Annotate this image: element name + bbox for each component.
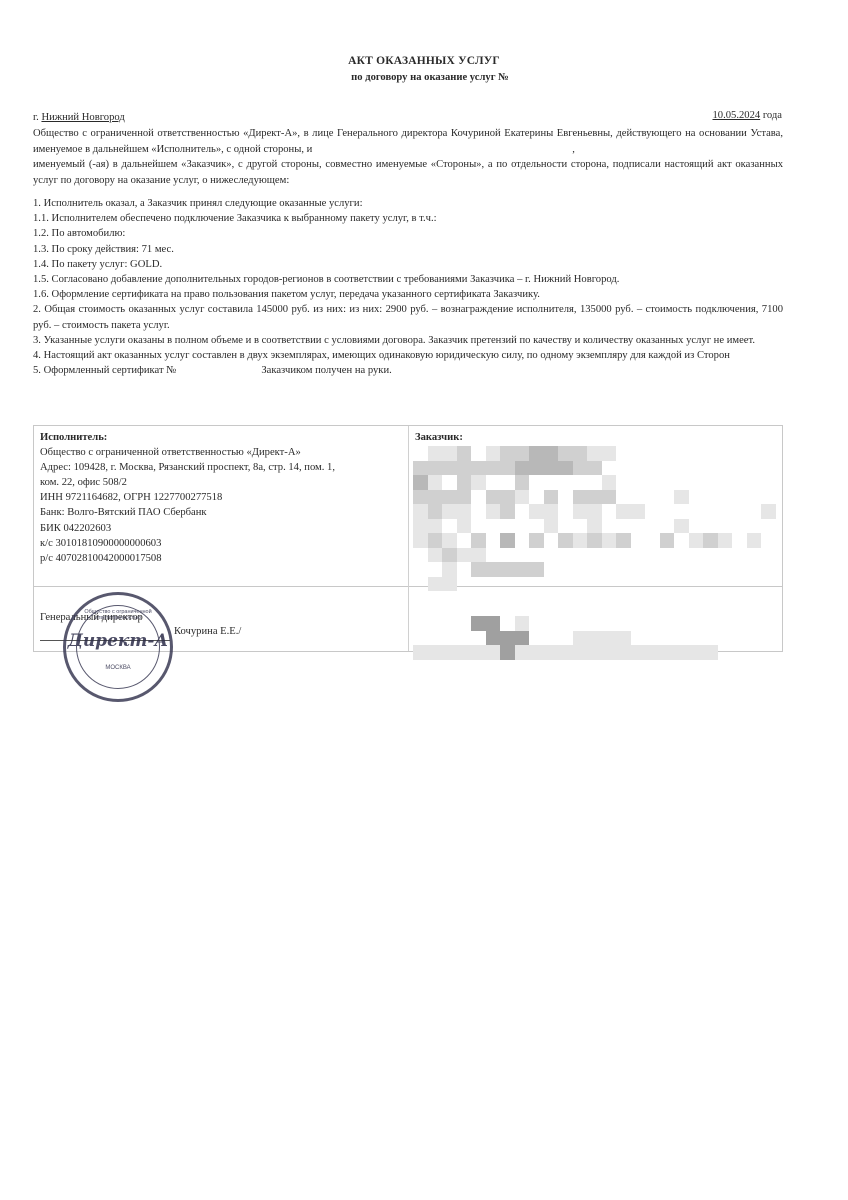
list-item: 4. Настоящий акт оказанных услуг составл… bbox=[33, 348, 783, 363]
list-item: 1.3. По сроку действия: 71 мес. bbox=[33, 242, 783, 257]
executor-heading: Исполнитель: bbox=[40, 430, 335, 445]
intro-line-2: именуемый (-ая) в дальнейшем «Заказчик»,… bbox=[33, 157, 783, 188]
executor-line: к/с 30101810900000000603 bbox=[40, 536, 335, 551]
city-name: Нижний Новгород bbox=[41, 112, 124, 123]
intro-paragraph: Общество с ограниченной ответственностью… bbox=[33, 126, 783, 188]
stamp-ring-text: Общество с ограниченной ответственностью bbox=[66, 609, 170, 621]
executor-line: Адрес: 109428, г. Москва, Рязанский прос… bbox=[40, 460, 335, 475]
list-item: 1.5. Согласовано добавление дополнительн… bbox=[33, 272, 783, 287]
document-subtitle: по договору на оказание услуг № bbox=[0, 72, 848, 83]
city-line: г. Нижний Новгород bbox=[33, 112, 125, 123]
executor-details: Исполнитель: Общество с ограниченной отв… bbox=[40, 430, 335, 566]
list-item: 1.4. По пакету услуг: GOLD. bbox=[33, 257, 783, 272]
redacted-customer-signature bbox=[413, 616, 776, 660]
redacted-customer-details bbox=[413, 446, 776, 591]
list-item: 1.2. По автомобилю: bbox=[33, 226, 783, 241]
executor-line: ИНН 9721164682, ОГРН 1227700277518 bbox=[40, 490, 335, 505]
date-suffix: года bbox=[760, 110, 782, 121]
document-title: АКТ ОКАЗАННЫХ УСЛУГ bbox=[0, 55, 848, 67]
company-stamp: Общество с ограниченной ответственностью… bbox=[63, 592, 173, 702]
date-line: 10.05.2024 года bbox=[713, 110, 783, 121]
customer-column: Заказчик: bbox=[409, 426, 782, 651]
item5-prefix: 5. Оформленный сертификат № bbox=[33, 365, 176, 376]
document-date: 10.05.2024 bbox=[713, 110, 761, 121]
list-item: 2. Общая стоимость оказанных услуг соста… bbox=[33, 302, 783, 332]
stamp-name: Директ-А bbox=[66, 631, 170, 651]
customer-heading: Заказчик: bbox=[415, 430, 463, 445]
list-item: 5. Оформленный сертификат №Заказчиком по… bbox=[33, 363, 783, 378]
list-item: 3. Указанные услуги оказаны в полном объ… bbox=[33, 333, 783, 348]
signer-name: Кочурина Е.Е./ bbox=[174, 626, 241, 637]
subtitle-text: по договору на оказание услуг № bbox=[339, 72, 509, 83]
executor-line: Общество с ограниченной ответственностью… bbox=[40, 445, 335, 460]
document-page: АКТ ОКАЗАННЫХ УСЛУГ по договору на оказа… bbox=[0, 0, 848, 1200]
divider bbox=[34, 586, 408, 587]
intro-comma: , bbox=[572, 144, 575, 155]
executor-line: БИК 042202603 bbox=[40, 521, 335, 536]
items-list: 1. Исполнитель оказал, а Заказчик принял… bbox=[33, 196, 783, 378]
list-item: 1.1. Исполнителем обеспечено подключение… bbox=[33, 211, 783, 226]
intro-text-1: Общество с ограниченной ответственностью… bbox=[33, 128, 783, 155]
intro-line-1: Общество с ограниченной ответственностью… bbox=[33, 126, 783, 157]
executor-line: ком. 22, офис 508/2 bbox=[40, 475, 335, 490]
customer-details: Заказчик: bbox=[415, 430, 463, 445]
list-item: 1. Исполнитель оказал, а Заказчик принял… bbox=[33, 196, 783, 211]
item5-suffix: Заказчиком получен на руки. bbox=[261, 365, 391, 376]
stamp-city: МОСКВА bbox=[66, 665, 170, 671]
executor-line: р/с 40702810042000017508 bbox=[40, 551, 335, 566]
list-item: 1.6. Оформление сертификата на право пол… bbox=[33, 287, 783, 302]
executor-line: Банк: Волго-Вятский ПАО Сбербанк bbox=[40, 505, 335, 520]
